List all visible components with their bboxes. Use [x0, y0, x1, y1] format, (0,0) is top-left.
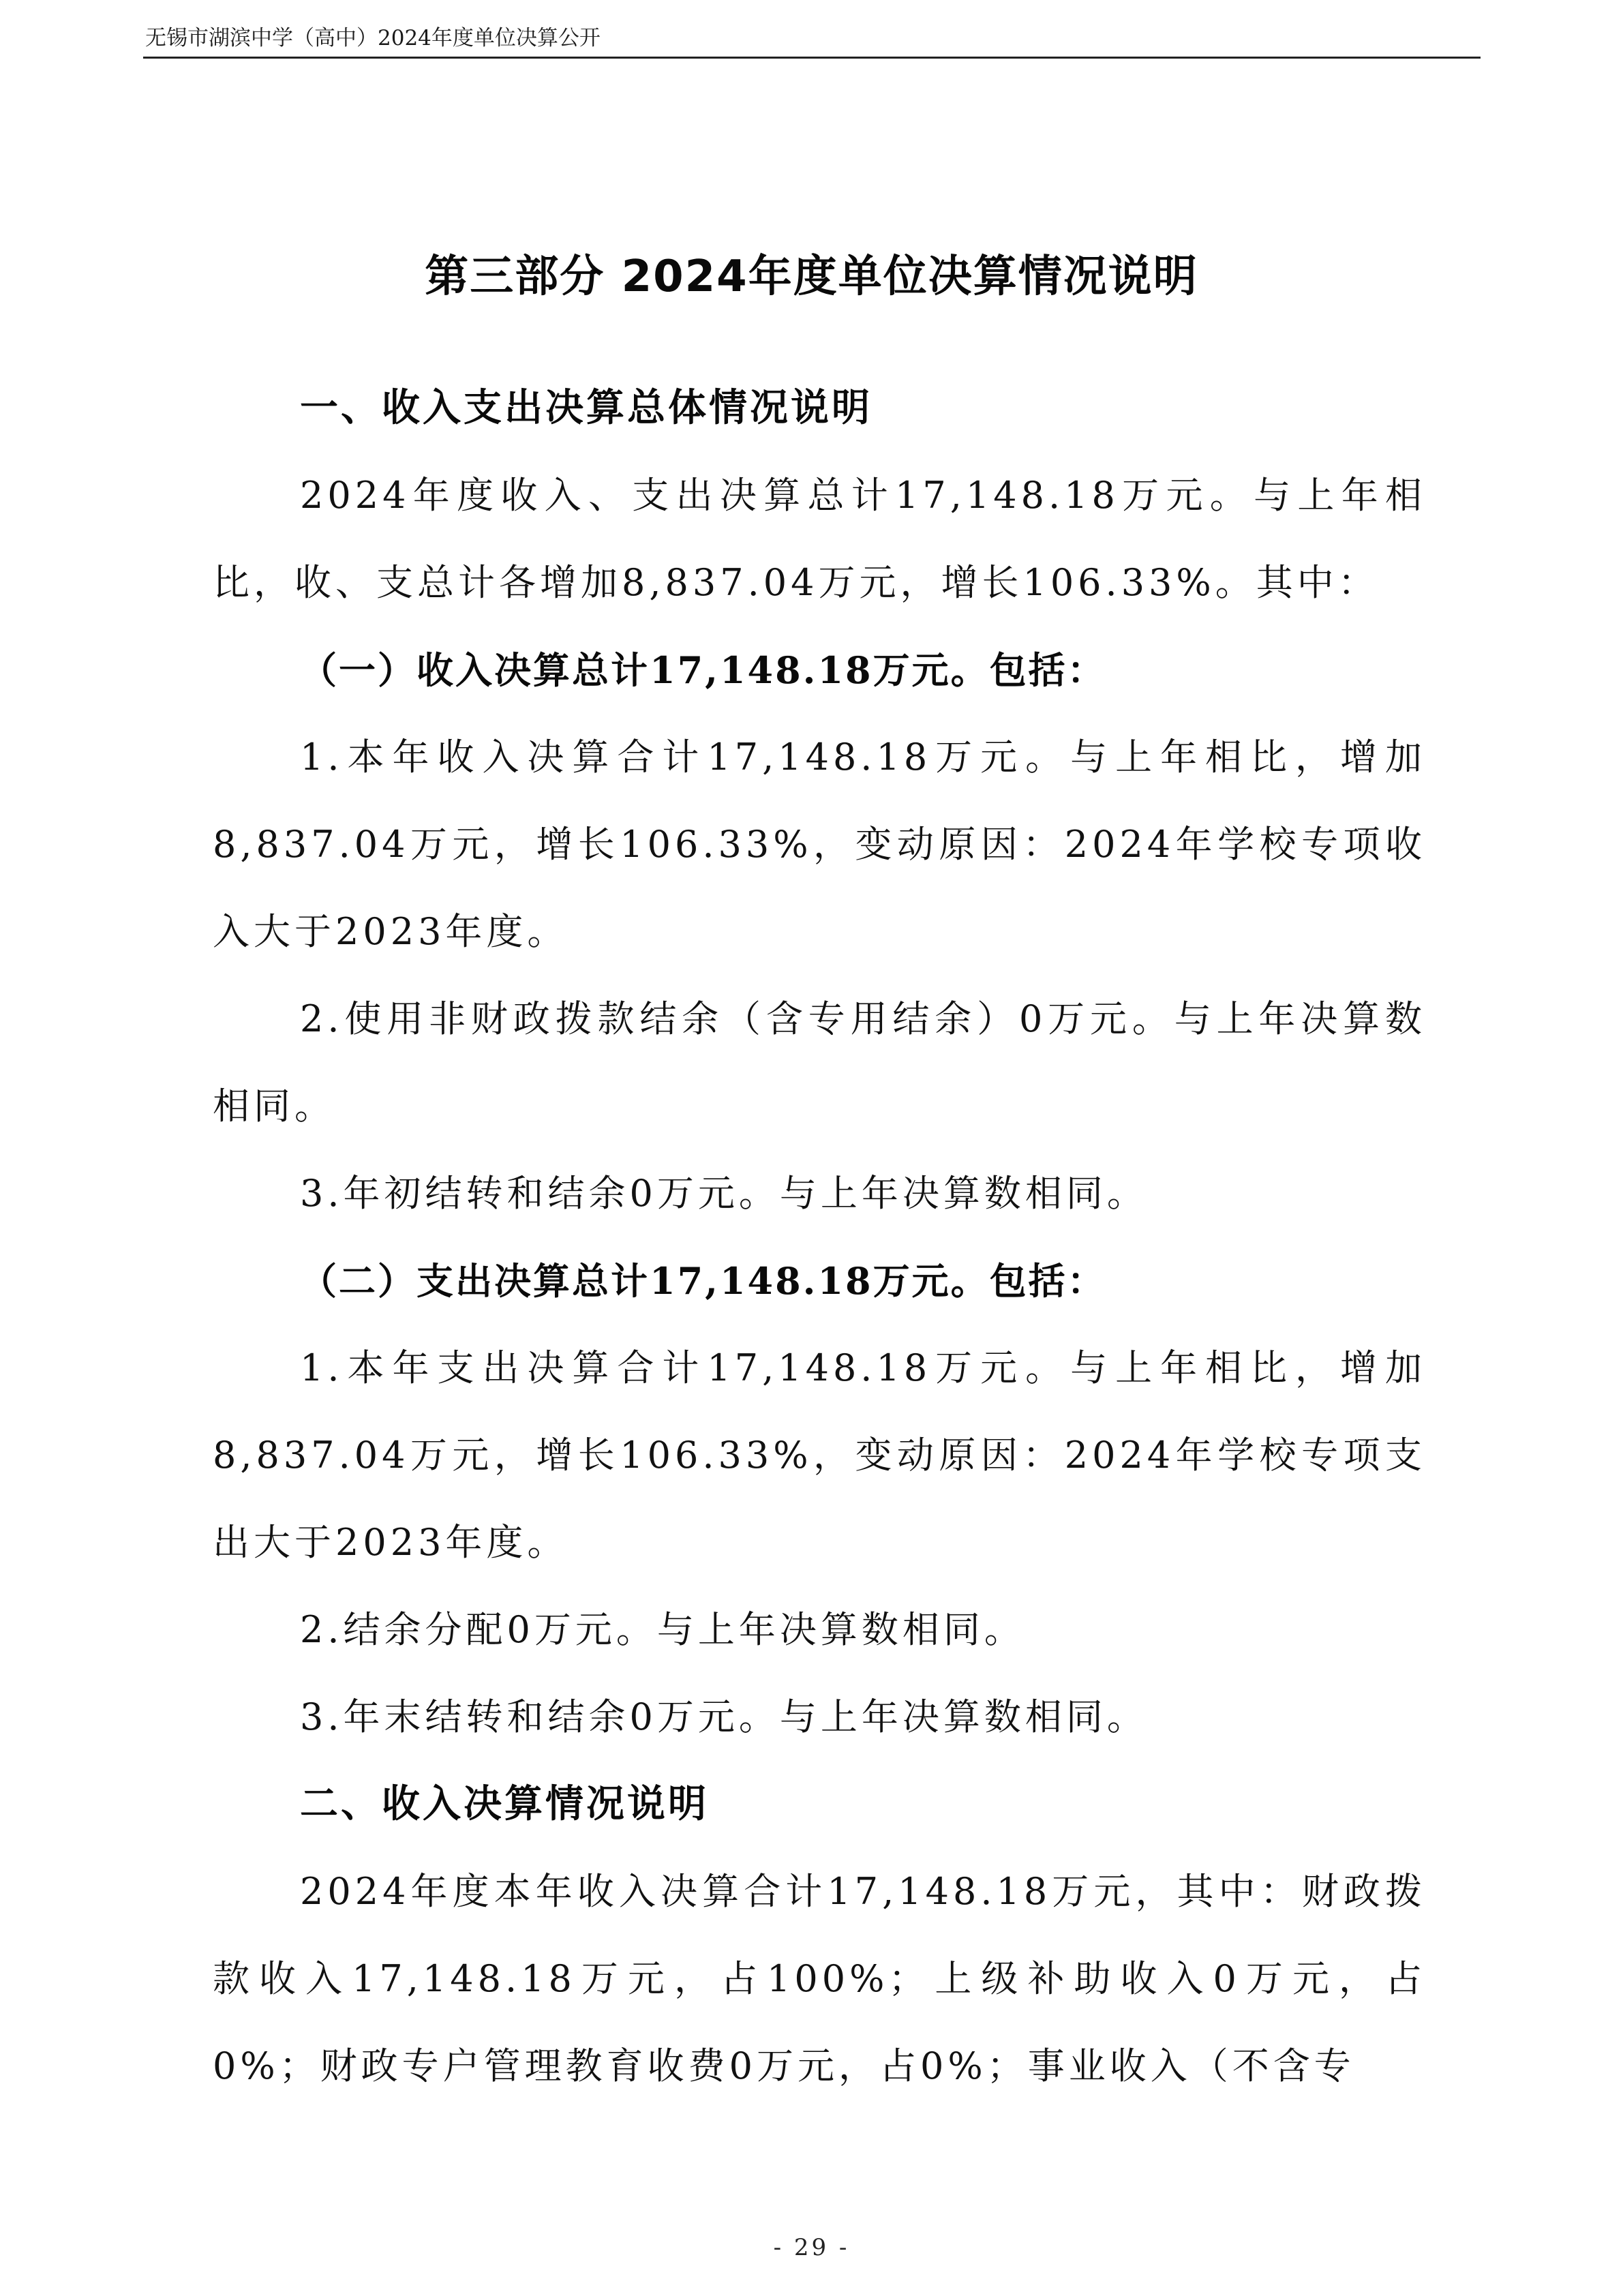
header-rule-divider	[143, 57, 1481, 59]
page-title: 第三部分 2024年度单位决算情况说明	[0, 246, 1623, 307]
paragraph-income-breakdown: 2024年度本年收入决算合计17,148.18万元，其中：财政拨款收入17,14…	[213, 1848, 1426, 2110]
page-number: - 29 -	[0, 2234, 1623, 2261]
running-header: 无锡市湖滨中学（高中）2024年度单位决算公开	[145, 25, 601, 52]
paragraph-income-item-2: 2.使用非财政拨款结余（含专用结余）0万元。与上年决算数相同。	[213, 976, 1426, 1150]
paragraph-income-item-1: 1.本年收入决算合计17,148.18万元。与上年相比，增加8,837.04万元…	[213, 714, 1426, 976]
subheading-income-total: （一）收入决算总计17,148.18万元。包括：	[213, 626, 1426, 714]
paragraph-overall-summary: 2024年度收入、支出决算总计17,148.18万元。与上年相比，收、支总计各增…	[213, 452, 1426, 626]
paragraph-income-item-3: 3.年初结转和结余0万元。与上年决算数相同。	[213, 1150, 1426, 1237]
section-heading-overall: 一、收入支出决算总体情况说明	[213, 365, 1426, 452]
paragraph-expenditure-item-2: 2.结余分配0万元。与上年决算数相同。	[213, 1586, 1426, 1674]
document-body: 一、收入支出决算总体情况说明 2024年度收入、支出决算总计17,148.18万…	[213, 365, 1426, 2110]
section-heading-income: 二、收入决算情况说明	[213, 1761, 1426, 1848]
paragraph-expenditure-item-3: 3.年末结转和结余0万元。与上年决算数相同。	[213, 1674, 1426, 1761]
paragraph-expenditure-item-1: 1.本年支出决算合计17,148.18万元。与上年相比，增加8,837.04万元…	[213, 1325, 1426, 1586]
subheading-expenditure-total: （二）支出决算总计17,148.18万元。包括：	[213, 1237, 1426, 1325]
